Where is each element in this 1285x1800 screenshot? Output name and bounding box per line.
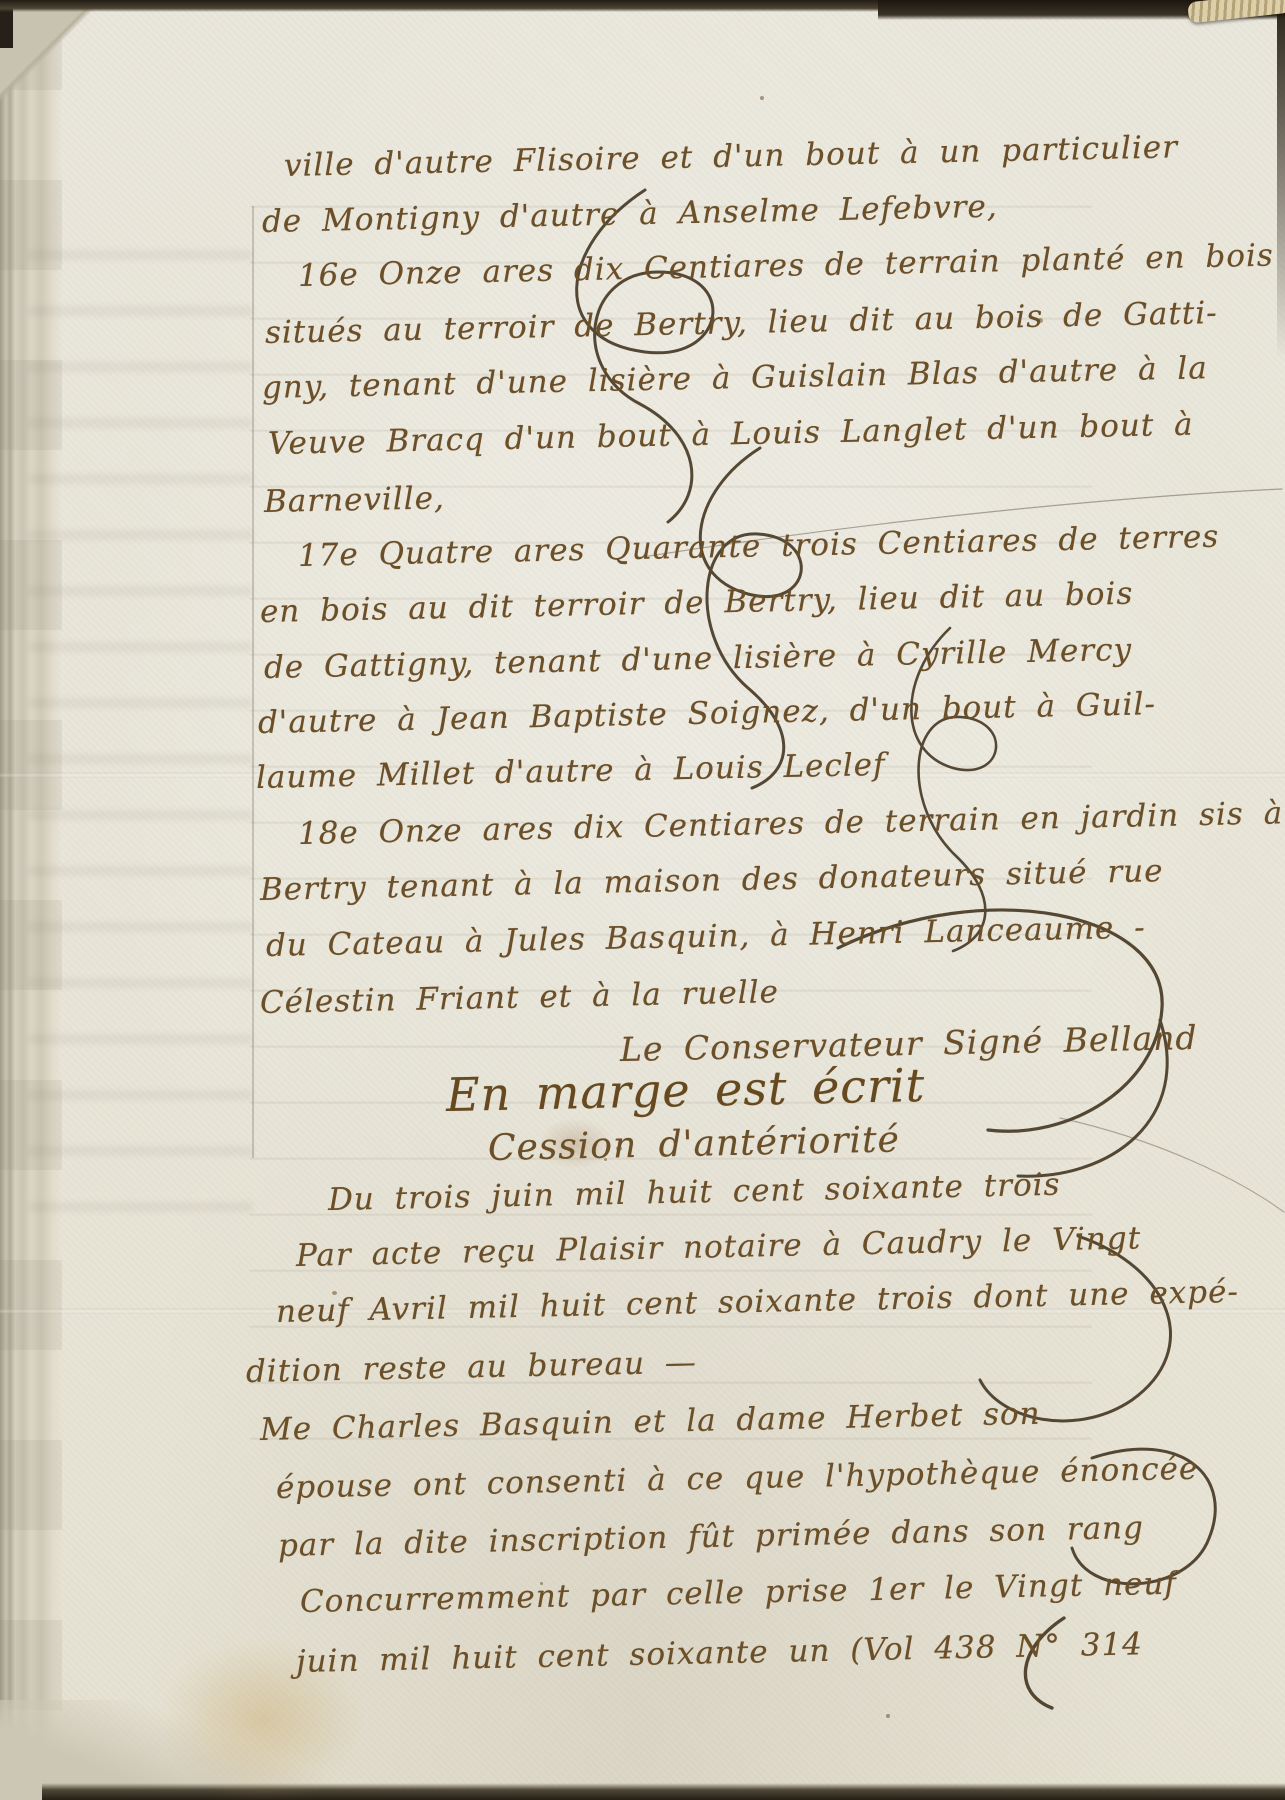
margin-note-heading: En marge est écrit — [445, 1058, 925, 1122]
text-line: Barneville, — [264, 480, 446, 520]
scan-right-edge — [1277, 0, 1285, 360]
scanned-manuscript-page: ville d'autre Flisoire et d'un bout à un… — [0, 0, 1285, 1800]
dark-corner-notch — [0, 6, 13, 48]
text-line: par la dite inscription fût primée dans … — [278, 1510, 1145, 1564]
ink-speck — [886, 1714, 890, 1718]
verso-ink-bleedthrough — [28, 250, 253, 1250]
scan-bottom-edge — [42, 1783, 1285, 1800]
text-line: Concurremment par celle prise 1er le Vin… — [300, 1566, 1178, 1620]
clipped-top-left-corner — [0, 0, 100, 100]
ink-speck — [760, 96, 764, 100]
volume-reference-line: juin mil huit cent soixante un (Vol 438 … — [296, 1626, 1144, 1680]
cession-subheading: Cession d'antériorité — [488, 1119, 901, 1169]
text-line: ville d'autre Flisoire et d'un bout à un… — [284, 129, 1179, 184]
